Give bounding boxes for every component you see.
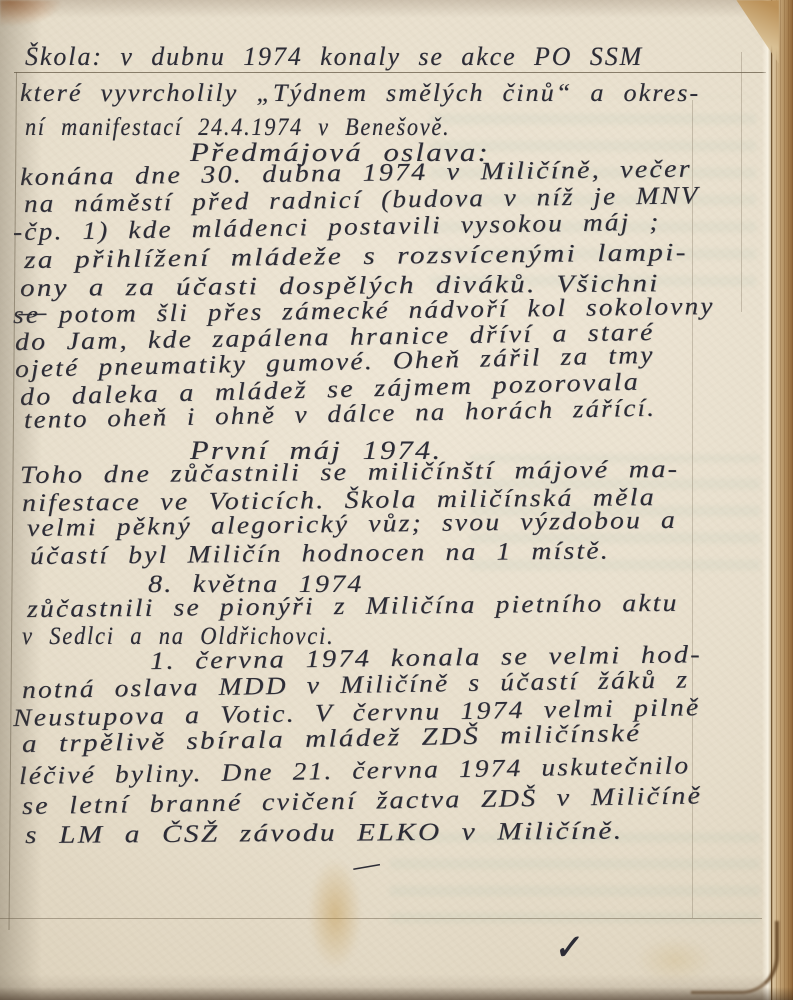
ruled-line-bottom: [0, 918, 762, 919]
manuscript-line: zůčastnili se pionýři z Miličína pietníh…: [27, 590, 679, 624]
chronicle-page: Škola: v dubnu 1974 konaly se akce PO SS…: [0, 0, 793, 1000]
ruled-line-top: [14, 72, 766, 73]
manuscript-line: účastí byl Miličín hodnocen na 1 místě.: [30, 537, 610, 571]
book-page-stack-edge: [771, 0, 793, 1000]
manuscript-line: které vyvrcholily „Týdnem smělých činů“ …: [20, 80, 700, 108]
bottom-shadow: [0, 987, 793, 1000]
paper-stain: [620, 928, 730, 992]
frame-line-left: [9, 72, 17, 930]
page-stack-corner: [727, 0, 779, 64]
end-dash-mark: —: [350, 846, 382, 884]
page-curl-highlight: [762, 0, 771, 1000]
book-corner-edge: [691, 921, 779, 994]
manuscript-line: s LM a ČSŽ závodu ELKO v Miličíně.: [25, 818, 624, 850]
page-crease-line: [741, 52, 742, 312]
checkmark-icon: ✓: [554, 926, 585, 967]
manuscript-line: Škola: v dubnu 1974 konaly se akce PO SS…: [25, 42, 643, 72]
